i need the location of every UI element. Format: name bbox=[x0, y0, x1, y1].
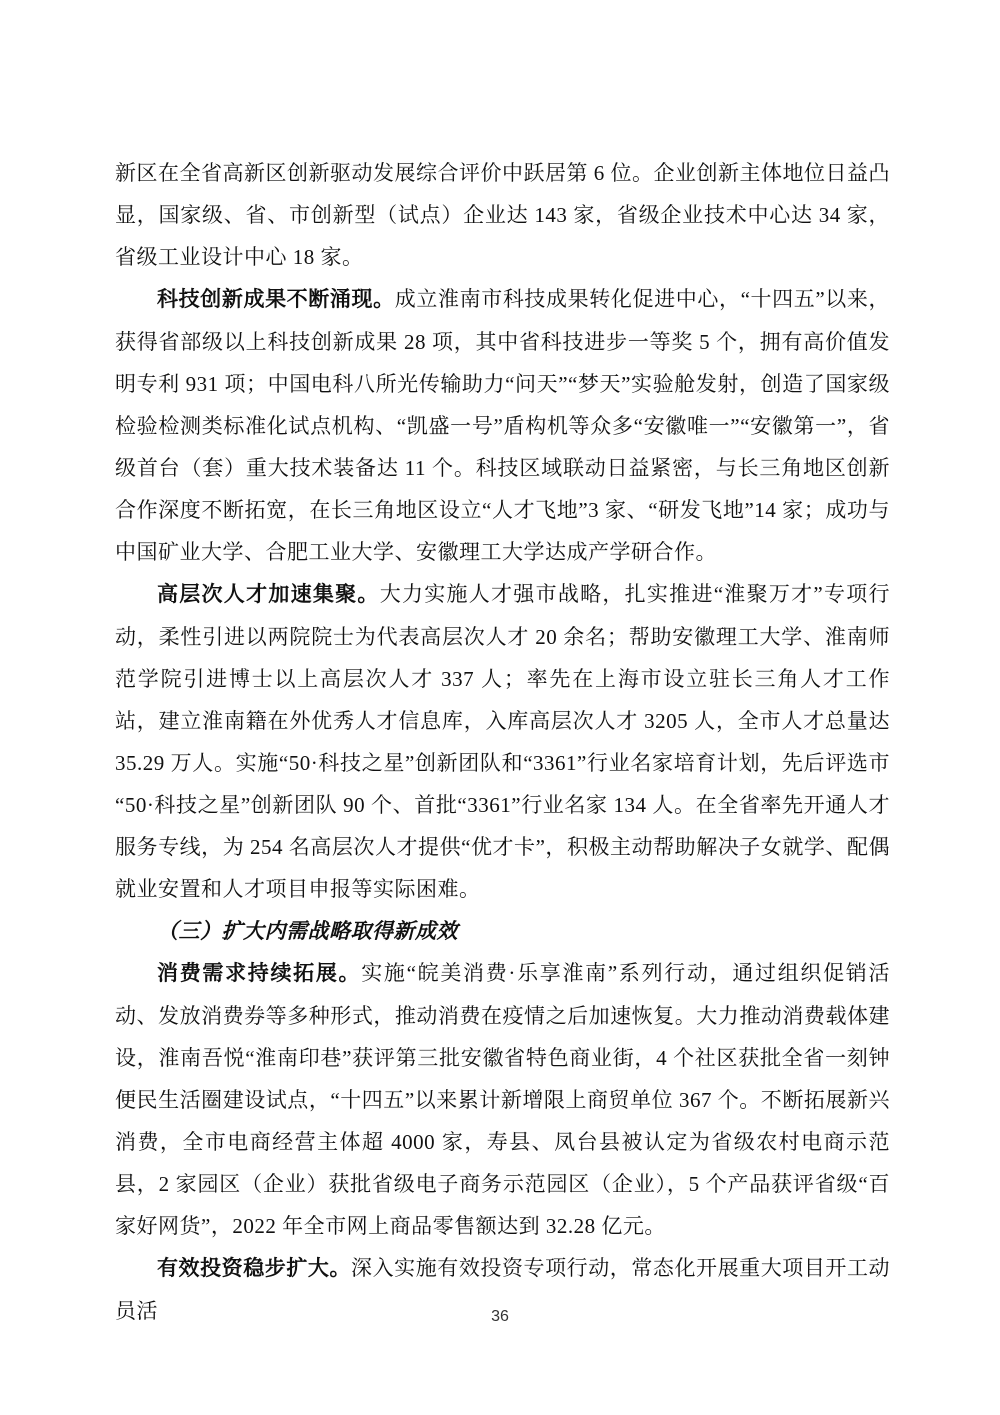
paragraph-lead: 高层次人才加速集聚。 bbox=[157, 583, 380, 606]
paragraph-talent: 高层次人才加速集聚。大力实施人才强市战略，扎实推进“淮聚万才”专项行动，柔性引进… bbox=[115, 573, 890, 910]
paragraph-text: 实施“皖美消费·乐享淮南”系列行动，通过组织促销活动、发放消费券等多种形式，推动… bbox=[115, 961, 890, 1238]
page-number: 36 bbox=[491, 1308, 509, 1325]
page-footer: 36 bbox=[0, 1308, 1000, 1326]
paragraph-continuation: 新区在全省高新区创新驱动发展综合评价中跃居第 6 位。企业创新主体地位日益凸显，… bbox=[115, 152, 890, 278]
paragraph-consumption: 消费需求持续拓展。实施“皖美消费·乐享淮南”系列行动，通过组织促销活动、发放消费… bbox=[115, 952, 890, 1247]
document-page: 新区在全省高新区创新驱动发展综合评价中跃居第 6 位。企业创新主体地位日益凸显，… bbox=[0, 0, 1000, 1415]
section-heading: （三）扩大内需战略取得新成效 bbox=[115, 910, 890, 952]
paragraph-tech-achievements: 科技创新成果不断涌现。成立淮南市科技成果转化促进中心，“十四五”以来，获得省部级… bbox=[115, 278, 890, 573]
paragraph-text: 成立淮南市科技成果转化促进中心，“十四五”以来，获得省部级以上科技创新成果 28… bbox=[115, 287, 890, 564]
paragraph-text: 新区在全省高新区创新驱动发展综合评价中跃居第 6 位。企业创新主体地位日益凸显，… bbox=[115, 161, 890, 269]
paragraph-lead: 消费需求持续拓展。 bbox=[157, 962, 361, 985]
page-body: 新区在全省高新区创新驱动发展综合评价中跃居第 6 位。企业创新主体地位日益凸显，… bbox=[115, 152, 890, 1332]
paragraph-text: 大力实施人才强市战略，扎实推进“淮聚万才”专项行动，柔性引进以两院院士为代表高层… bbox=[115, 582, 890, 901]
paragraph-lead: 科技创新成果不断涌现。 bbox=[157, 288, 395, 311]
paragraph-lead: 有效投资稳步扩大。 bbox=[157, 1257, 351, 1280]
